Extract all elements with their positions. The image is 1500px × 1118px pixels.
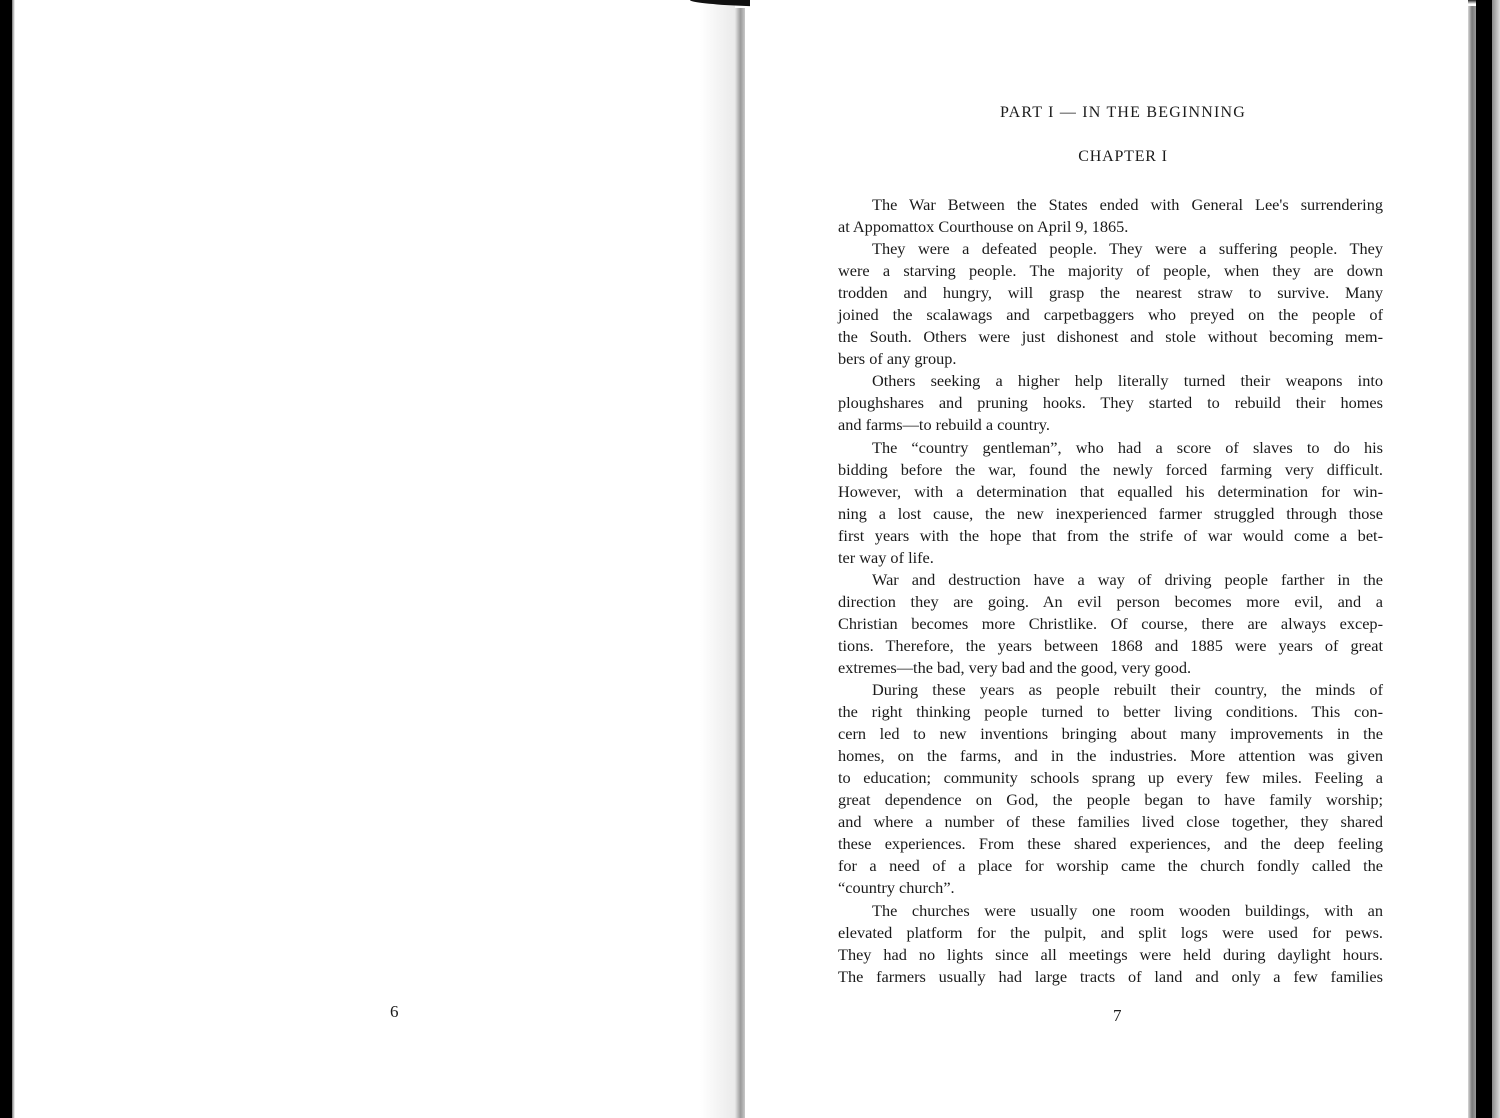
- text-line: ploughshares and pruning hooks. They sta…: [838, 392, 1383, 414]
- text-line: the right thinking people turned to bett…: [838, 701, 1383, 723]
- paragraph: The churches were usually one room woode…: [838, 900, 1383, 988]
- text-line: ter way of life.: [838, 547, 1383, 569]
- paragraph: The “country gentleman”, who had a score…: [838, 437, 1383, 569]
- text-line: great dependence on God, the people bega…: [838, 789, 1383, 811]
- text-line: the South. Others were just dishonest an…: [838, 326, 1383, 348]
- text-line: The farmers usually had large tracts of …: [838, 966, 1383, 988]
- text-line: They had no lights since all meetings we…: [838, 944, 1383, 966]
- text-line: bidding before the war, found the newly …: [838, 459, 1383, 481]
- paragraph: War and destruction have a way of drivin…: [838, 569, 1383, 679]
- text-line: Others seeking a higher help literally t…: [838, 370, 1383, 392]
- text-line: The “country gentleman”, who had a score…: [838, 437, 1383, 459]
- text-line: cern led to new inventions bringing abou…: [838, 723, 1383, 745]
- text-line: tions. Therefore, the years between 1868…: [838, 635, 1383, 657]
- chapter-title: CHAPTER I: [838, 148, 1408, 166]
- chapter-body: The War Between the States ended with Ge…: [838, 194, 1383, 988]
- text-line: However, with a determination that equal…: [838, 481, 1383, 503]
- text-line: were a starving people. The majority of …: [838, 260, 1383, 282]
- part-title: PART I — IN THE BEGINNING: [838, 104, 1408, 122]
- scan-right-border: [1476, 0, 1492, 1118]
- text-line: They were a defeated people. They were a…: [838, 238, 1383, 260]
- text-line: these experiences. From these shared exp…: [838, 833, 1383, 855]
- text-line: trodden and hungry, will grasp the neare…: [838, 282, 1383, 304]
- text-line: During these years as people rebuilt the…: [838, 679, 1383, 701]
- left-page-number: 6: [390, 1002, 399, 1022]
- text-line: for a need of a place for worship came t…: [838, 855, 1383, 877]
- text-line: The churches were usually one room woode…: [838, 900, 1383, 922]
- paragraph: Others seeking a higher help literally t…: [838, 370, 1383, 436]
- text-line: and farms—to rebuild a country.: [838, 414, 1383, 436]
- text-line: War and destruction have a way of drivin…: [838, 569, 1383, 591]
- scan-left-border-fade: [12, 0, 15, 1118]
- text-line: ning a lost cause, the new inexperienced…: [838, 503, 1383, 525]
- text-line: to education; community schools sprang u…: [838, 767, 1383, 789]
- right-page-number: 7: [1113, 1006, 1122, 1026]
- page-stack-edges: [1468, 6, 1476, 1118]
- scan-right-edge: [1492, 0, 1500, 1118]
- text-line: homes, on the farms, and in the industri…: [838, 745, 1383, 767]
- text-line: at Appomattox Courthouse on April 9, 186…: [838, 216, 1383, 238]
- paragraph: They were a defeated people. They were a…: [838, 238, 1383, 370]
- text-line: extremes—the bad, very bad and the good,…: [838, 657, 1383, 679]
- book-gutter: [735, 8, 745, 1118]
- left-page: [15, 0, 735, 1118]
- gutter-shadow: [700, 0, 735, 1118]
- text-line: bers of any group.: [838, 348, 1383, 370]
- text-line: and where a number of these families liv…: [838, 811, 1383, 833]
- scan-left-border: [0, 0, 12, 1118]
- text-line: joined the scalawags and carpetbaggers w…: [838, 304, 1383, 326]
- paragraph: The War Between the States ended with Ge…: [838, 194, 1383, 238]
- paragraph: During these years as people rebuilt the…: [838, 679, 1383, 899]
- text-line: “country church”.: [838, 877, 1383, 899]
- text-line: Christian becomes more Christlike. Of co…: [838, 613, 1383, 635]
- text-line: elevated platform for the pulpit, and sp…: [838, 922, 1383, 944]
- text-line: direction they are going. An evil person…: [838, 591, 1383, 613]
- text-line: The War Between the States ended with Ge…: [838, 194, 1383, 216]
- text-line: first years with the hope that from the …: [838, 525, 1383, 547]
